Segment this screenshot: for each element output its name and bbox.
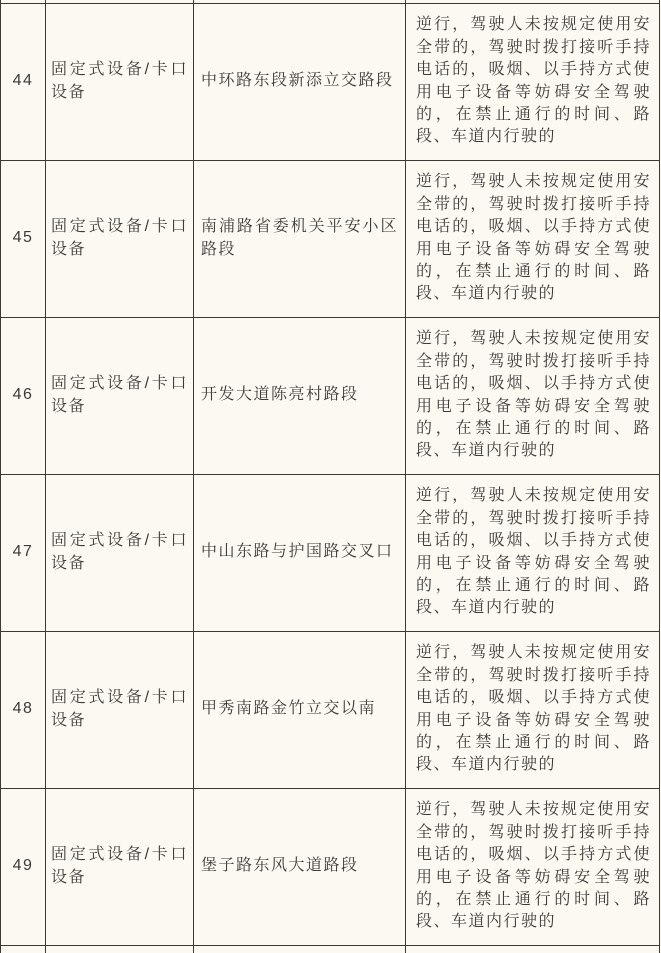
device-type-cell: [46, 945, 194, 953]
row-number-cell: 47: [1, 474, 46, 631]
row-number-cell: 46: [1, 317, 46, 474]
table-row: 45 固定式设备/卡口设备 南浦路省委机关平安小区路段 逆行，驾驶人未按规定使用…: [1, 160, 660, 317]
location-cell: 开发大道陈亮村路段: [194, 317, 406, 474]
violation-description-cell: 逆行，驾驶人未按规定使用安全带的，驾驶时拨打接听手持电话的，吸烟、以手持方式使用…: [406, 160, 660, 317]
violation-description-cell: 逆行，驾驶人未按规定使用安全带的，驾驶时拨打接听手持电话的，吸烟、以手持方式使用…: [406, 631, 660, 788]
table-row: 48 固定式设备/卡口设备 甲秀南路金竹立交以南 逆行，驾驶人未按规定使用安全带…: [1, 631, 660, 788]
location-cell: 甲秀南路金竹立交以南: [194, 631, 406, 788]
location-cell: 堡子路东风大道路段: [194, 788, 406, 945]
violation-description-cell: 逆行，驾驶人未按规定使用安全带的，驾驶时拨打接听手持电话的，吸烟、以手持方式使用…: [406, 474, 660, 631]
device-type-cell: 固定式设备/卡口设备: [46, 788, 194, 945]
location-cell: 中环路东段新添立交路段: [194, 3, 406, 160]
location-cell: 中山东路与护国路交叉口: [194, 474, 406, 631]
device-type-cell: 固定式设备/卡口设备: [46, 3, 194, 160]
device-type-cell: 固定式设备/卡口设备: [46, 160, 194, 317]
violation-description-cell: [406, 945, 660, 953]
table-row: 47 固定式设备/卡口设备 中山东路与护国路交叉口 逆行，驾驶人未按规定使用安全…: [1, 474, 660, 631]
row-number-cell: 45: [1, 160, 46, 317]
violation-description-cell: 逆行，驾驶人未按规定使用安全带的，驾驶时拨打接听手持电话的，吸烟、以手持方式使用…: [406, 788, 660, 945]
device-type-cell: 固定式设备/卡口设备: [46, 317, 194, 474]
table-row: 49 固定式设备/卡口设备 堡子路东风大道路段 逆行，驾驶人未按规定使用安全带的…: [1, 788, 660, 945]
location-cell: 南浦路省委机关平安小区路段: [194, 160, 406, 317]
location-cell: [194, 945, 406, 953]
row-number-cell: 48: [1, 631, 46, 788]
row-number-cell: 49: [1, 788, 46, 945]
violation-description-cell: 逆行，驾驶人未按规定使用安全带的，驾驶时拨打接听手持电话的，吸烟、以手持方式使用…: [406, 3, 660, 160]
row-number-cell: 44: [1, 3, 46, 160]
row-number-cell: [1, 945, 46, 953]
device-type-cell: 固定式设备/卡口设备: [46, 474, 194, 631]
violation-description-cell: 逆行，驾驶人未按规定使用安全带的，驾驶时拨打接听手持电话的，吸烟、以手持方式使用…: [406, 317, 660, 474]
partial-row-bottom: [1, 945, 660, 953]
device-type-cell: 固定式设备/卡口设备: [46, 631, 194, 788]
table-row: 46 固定式设备/卡口设备 开发大道陈亮村路段 逆行，驾驶人未按规定使用安全带的…: [1, 317, 660, 474]
surveillance-device-table: 44 固定式设备/卡口设备 中环路东段新添立交路段 逆行，驾驶人未按规定使用安全…: [0, 0, 660, 953]
table-row: 44 固定式设备/卡口设备 中环路东段新添立交路段 逆行，驾驶人未按规定使用安全…: [1, 3, 660, 160]
